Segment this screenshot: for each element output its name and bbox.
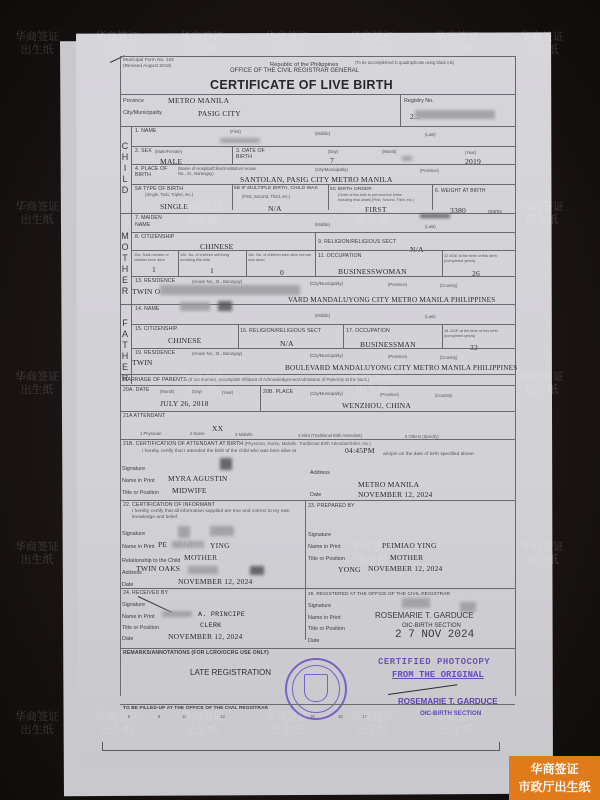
province-value: METRO MANILA xyxy=(168,96,229,105)
certifier-signature-stroke xyxy=(388,684,457,695)
civil-registry-seal xyxy=(285,658,347,720)
father-residence-label: 19. RESIDENCE xyxy=(135,350,175,356)
born-alive-value: 1 xyxy=(152,265,156,274)
redacted-month xyxy=(402,156,412,161)
prepared-name-value: PEIMIAO YING xyxy=(382,541,437,550)
redacted-maiden-name xyxy=(420,214,450,218)
informant-name-end: YING xyxy=(210,541,230,550)
order-label: 5c BIRTH ORDER xyxy=(330,187,372,192)
father-residence-start: TWIN xyxy=(132,358,153,367)
province-label: Province xyxy=(123,98,144,104)
child-section-label: C H I L D xyxy=(120,141,130,196)
badge-line1: 华商签证 xyxy=(509,760,600,778)
mother-religion-label: 9. RELIGION/RELIGIOUS SECT xyxy=(318,239,396,245)
brand-badge: 华商签证 市政厅出生纸 xyxy=(509,756,600,800)
badge-line2: 市政厅出生纸 xyxy=(509,778,600,796)
attendant-option-hilot: 4 Hilot (Traditional Birth Attendant) xyxy=(298,433,362,438)
bottom-bracket xyxy=(102,742,500,751)
attendant-cert-label: 21b. CERTIFICATION OF ATTENDANT AT BIRTH… xyxy=(123,441,371,447)
birth-certificate-form: Municipal Form No. 102 (Revised August 2… xyxy=(120,56,515,696)
redacted-informant-signature xyxy=(178,526,190,538)
city-label: City/Municipality xyxy=(123,110,162,116)
prepared-title-value: MOTHER xyxy=(390,553,423,562)
father-religion-label: 16. RELIGION/RELIGIOUS SECT xyxy=(240,328,321,334)
mother-occupation-label: 11. OCCUPATION xyxy=(318,253,361,259)
birth-time-value: 04:45PM xyxy=(345,446,375,455)
prepared-extra-value: YONG xyxy=(338,565,361,574)
certificate-title: CERTIFICATE OF LIVE BIRTH xyxy=(210,78,393,92)
received-label: 24. RECEIVED BY xyxy=(123,590,168,596)
mother-citizenship-label: 8. CITIZENSHIP xyxy=(135,234,174,240)
marriage-place-value: WENZHOU, CHINA xyxy=(342,401,411,410)
weight-label: 6. WEIGHT AT BIRTH xyxy=(435,188,486,194)
marriage-date-value: JULY 26, 2018 xyxy=(160,399,209,408)
father-citizenship-value: CHINESE xyxy=(168,336,201,345)
ink-instruction: (To be accomplished in quadruplicate usi… xyxy=(355,60,454,65)
maiden-name-label: 7. MAIDEN NAME xyxy=(135,215,165,229)
redacted-father-name-2 xyxy=(180,302,210,311)
redacted-attendant-signature xyxy=(220,458,232,470)
type-value: SINGLE xyxy=(160,202,188,211)
form-revision: (Revised August 2016) xyxy=(123,64,172,69)
mother-residence-end: VARD MANDALUYONG CITY METRO MANILA PHILI… xyxy=(288,296,495,304)
informant-label: 22. CERTIFICATION OF INFORMANT xyxy=(123,502,215,508)
informant-address-value: TWIN OAKS xyxy=(136,564,180,573)
registry-label: Registry No. xyxy=(404,98,434,104)
form-number: Municipal Form No. 102 xyxy=(123,58,174,63)
pob-label: 4. PLACE OF BIRTH xyxy=(135,166,173,178)
redacted-registry xyxy=(415,110,495,119)
informant-relationship-value: MOTHER xyxy=(184,553,217,562)
registered-label: 25. REGISTERED AT THE OFFICE OF THE CIVI… xyxy=(308,592,450,597)
received-title-value: CLERK xyxy=(200,622,221,630)
marriage-place-label: 20b. PLACE xyxy=(263,389,293,395)
mother-residence-label: 13. RESIDENCE xyxy=(135,278,175,284)
redacted-informant-name xyxy=(172,541,204,548)
living-value: 1 xyxy=(210,266,214,275)
registered-date-value: 2 7 NOV 2024 xyxy=(395,629,474,641)
marriage-label: MARRIAGE OF PARENTS (If not married, acc… xyxy=(123,377,370,383)
attendant-option-midwife: 3 Midwife xyxy=(235,432,253,437)
remarks-label: REMARKS/ANNOTATIONS (For LCRO/OCRG Use O… xyxy=(123,650,269,656)
child-name-label: 1. NAME xyxy=(135,128,156,134)
marriage-date-label: 20a. DATE xyxy=(123,387,149,393)
prepared-label: 23. PREPARED BY xyxy=(308,503,355,509)
prepared-date-value: NOVEMBER 12, 2024 xyxy=(368,564,443,573)
father-citizenship-label: 15. CITIZENSHIP xyxy=(135,326,177,332)
father-religion-value: N/A xyxy=(280,339,294,348)
mother-occupation-value: BUSINESSWOMAN xyxy=(338,267,407,276)
redacted-registered-signature xyxy=(402,598,430,608)
stamp-section: OIC-BIRTH SECTION xyxy=(420,710,481,717)
pob-value: SANTOLAN, PASIG CITY METRO MANILA xyxy=(240,175,393,184)
received-name-value: A. PRINCIPE xyxy=(198,611,245,619)
redacted-child-name xyxy=(220,138,260,143)
father-occupation-label: 17. OCCUPATION xyxy=(346,328,390,334)
sex-label: 2. SEX xyxy=(135,148,152,154)
attendant-name-value: MYRA AGUSTIN xyxy=(168,474,228,483)
informant-name-start: PE xyxy=(158,540,167,549)
attendant-nurse-mark: XX xyxy=(212,424,223,433)
multiple-label: 5b IF MULTIPLE BIRTH, CHILD WAS xyxy=(234,186,318,191)
certified-stamp-line1: CERTIFIED PHOTOCOPY xyxy=(378,657,490,667)
attendant-label: 21a ATTENDANT xyxy=(123,413,165,419)
seal-shield-icon xyxy=(304,674,328,702)
redacted-informant-address xyxy=(188,566,218,574)
multiple-value: N/A xyxy=(268,204,282,213)
father-name-label: 14. NAME xyxy=(135,306,159,312)
redacted-informant-address-2 xyxy=(250,566,264,575)
city-value: PASIG CITY xyxy=(198,109,241,118)
redacted-informant-signature-2 xyxy=(210,526,234,536)
dob-label: 3. DATE OF BIRTH xyxy=(236,148,276,160)
attendant-option-nurse: 2 Nurse xyxy=(190,431,205,436)
mother-residence-start: TWIN O xyxy=(132,287,160,296)
attendant-option-physician: 1 Physician xyxy=(140,431,161,436)
mother-section-label: M O T H E R xyxy=(120,231,130,297)
redacted-father-name xyxy=(218,301,232,311)
attendant-title-value: MIDWIFE xyxy=(172,486,207,495)
redacted-received-name xyxy=(162,611,192,617)
father-residence-end: BOULEVARD MANDALUYONG CITY METRO MANILA … xyxy=(285,364,517,372)
attendant-address-value: METRO MANILA xyxy=(358,480,419,489)
remarks-value: LATE REGISTRATION xyxy=(190,668,271,677)
office-text: OFFICE OF THE CIVIL REGISTRAR GENERAL xyxy=(230,68,359,74)
registered-name-value: ROSEMARIE T. GARDUCE xyxy=(375,611,474,620)
received-date-value: NOVEMBER 12, 2024 xyxy=(168,632,243,641)
redacted-mother-residence xyxy=(160,285,300,295)
attendant-date-value: NOVEMBER 12, 2024 xyxy=(358,490,433,499)
certified-stamp-line2: FROM THE ORIGINAL xyxy=(392,670,484,680)
footer-label: TO BE FILLED-UP AT THE OFFICE OF THE CIV… xyxy=(123,706,268,711)
informant-date-value: NOVEMBER 12, 2024 xyxy=(178,577,253,586)
